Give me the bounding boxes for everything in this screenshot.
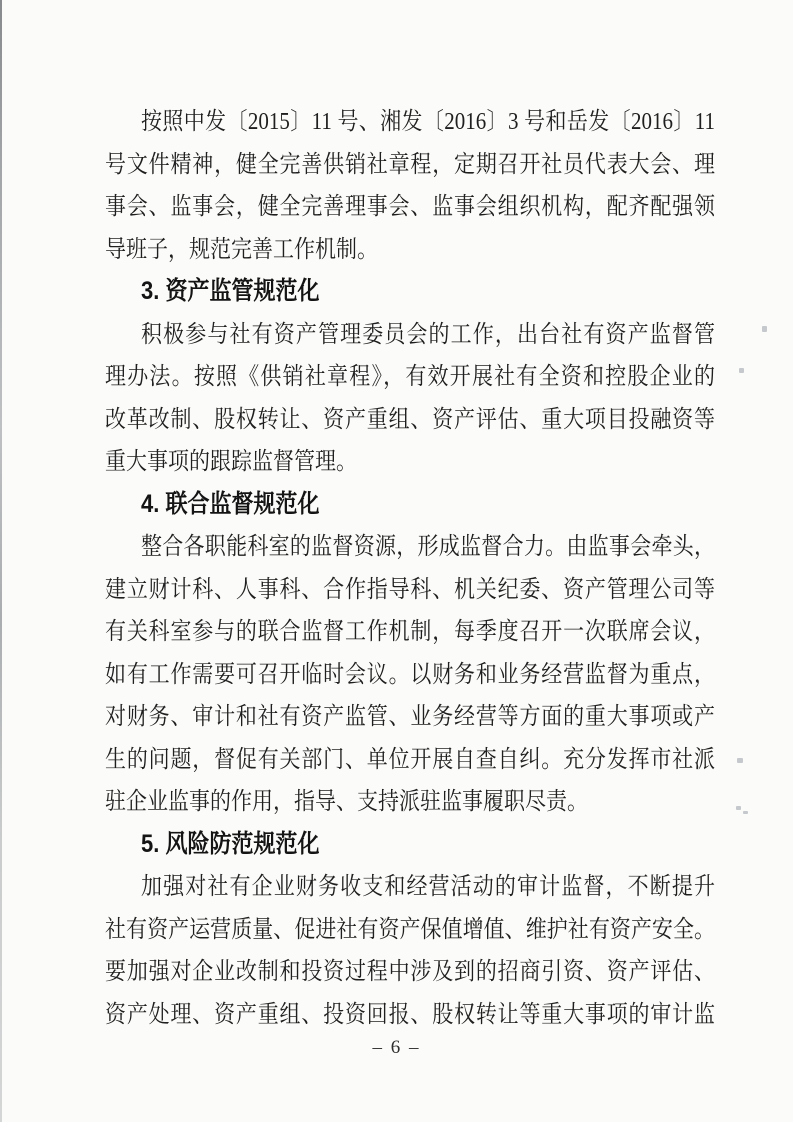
body-line: 改革改制、股权转让、资产重组、资产评估、重大项目投融资等: [105, 395, 715, 443]
body-line: 如有工作需要可召开临时会议。以财务和业务经营监督为重点，: [105, 650, 715, 698]
page-footer: – 6 –: [0, 1036, 793, 1060]
scan-speck: [736, 806, 741, 810]
scan-speck: [762, 326, 767, 332]
body-line: 事会、监事会，健全完善理事会、监事会组织机构，配齐配强领: [105, 182, 715, 230]
body-line: 社有资产运营质量、促进社有资产保值增值、维护社有资产安全。: [105, 905, 715, 953]
body-line: 要加强对企业改制和投资过程中涉及到的招商引资、资产评估、: [105, 947, 715, 995]
page-number: – 6 –: [373, 1037, 421, 1058]
body-line: 建立财计科、人事科、合作指导科、机关纪委、资产管理公司等: [105, 565, 715, 613]
section-heading-5: 5. 风险防范规范化: [105, 820, 715, 868]
body-line: 生的问题，督促有关部门、单位开展自查自纠。充分发挥市社派: [105, 735, 715, 783]
scan-speck: [739, 368, 744, 373]
scan-speck: [737, 758, 743, 763]
scan-speck: [743, 811, 748, 814]
body-line: 有关科室参与的联合监督工作机制，每季度召开一次联席会议，: [105, 607, 715, 655]
body-line: 导班子，规范完善工作机制。: [105, 225, 715, 273]
body-line: 按照中发〔2015〕11 号、湘发〔2016〕3 号和岳发〔2016〕11: [105, 97, 715, 145]
document-page: 按照中发〔2015〕11 号、湘发〔2016〕3 号和岳发〔2016〕11 号文…: [0, 0, 793, 1122]
body-line: 理办法。按照《供销社章程》，有效开展社有全资和控股企业的: [105, 352, 715, 400]
document-body: 按照中发〔2015〕11 号、湘发〔2016〕3 号和岳发〔2016〕11 号文…: [105, 100, 715, 1035]
body-line: 重大事项的跟踪监督管理。: [105, 437, 715, 485]
section-heading-3: 3. 资产监管规范化: [105, 267, 715, 315]
scan-edge-artifact: [0, 0, 2, 1122]
body-line: 整合各职能科室的监督资源，形成监督合力。由监事会牵头，: [105, 522, 715, 570]
body-line: 积极参与社有资产管理委员会的工作，出台社有资产监督管: [105, 310, 715, 358]
body-line: 驻企业监事的作用，指导、支持派驻监事履职尽责。: [105, 777, 715, 825]
body-line: 资产处理、资产重组、投资回报、股权转让等重大事项的审计监: [105, 990, 715, 1038]
section-heading-4: 4. 联合监督规范化: [105, 480, 715, 528]
body-line: 号文件精神，健全完善供销社章程，定期召开社员代表大会、理: [105, 140, 715, 188]
body-line: 加强对社有企业财务收支和经营活动的审计监督，不断提升: [105, 862, 715, 910]
body-line: 对财务、审计和社有资产监管、业务经营等方面的重大事项或产: [105, 692, 715, 740]
